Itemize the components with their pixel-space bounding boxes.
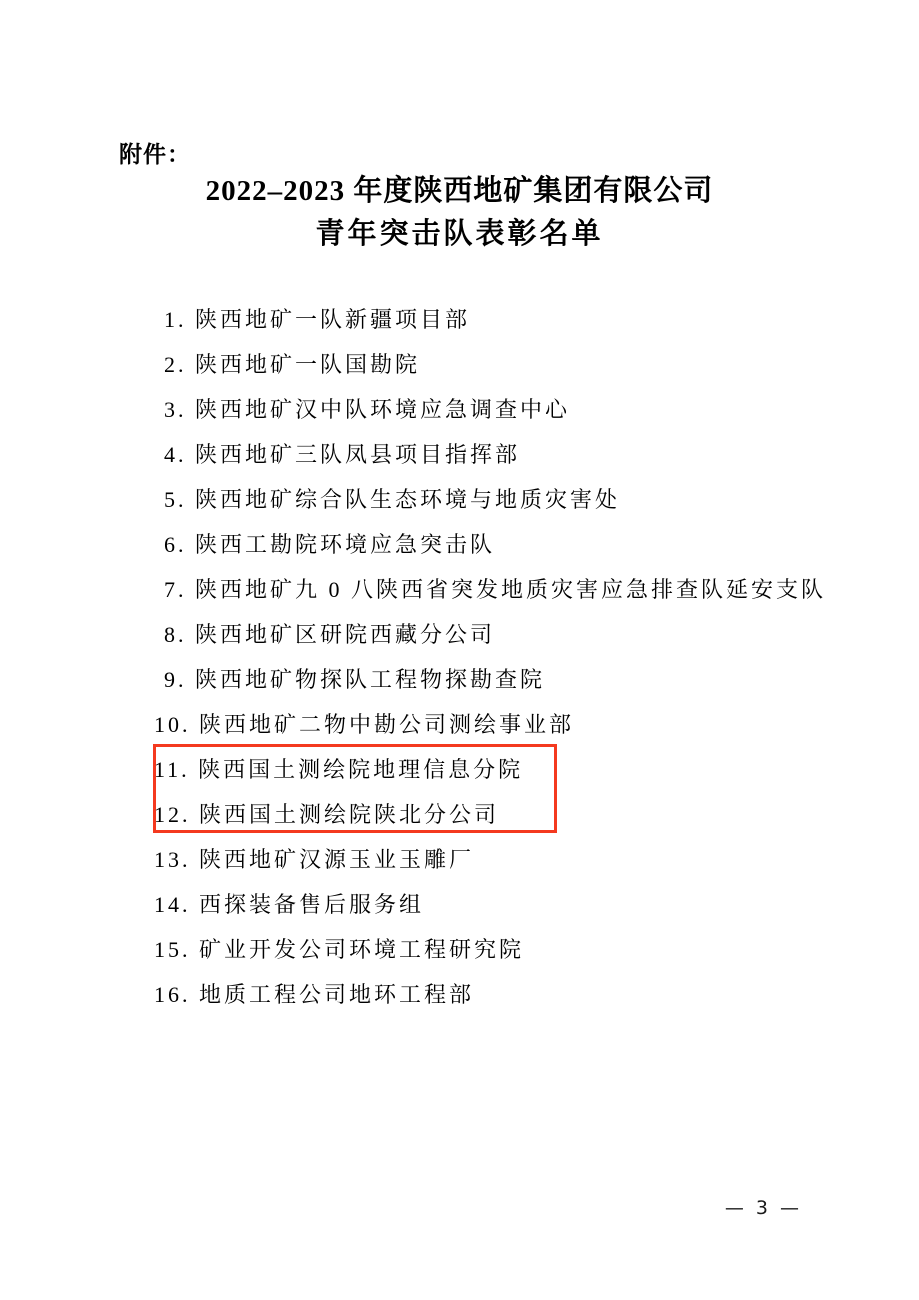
attachment-label: 附件： [119,136,191,169]
list-item: 2. 陕西地矿一队国勘院 [154,342,826,387]
list-item: 10. 陕西地矿二物中勘公司测绘事业部 [154,702,826,747]
list-item: 12. 陕西国土测绘院陕北分公司 [154,792,826,837]
list-item: 4. 陕西地矿三队凤县项目指挥部 [154,432,826,477]
list-item: 11. 陕西国土测绘院地理信息分院 [154,747,826,792]
document-page: 附件： 2022–2023 年度陕西地矿集团有限公司 青年突击队表彰名单 1. … [0,0,919,1300]
list-item: 3. 陕西地矿汉中队环境应急调查中心 [154,387,826,432]
list-item: 7. 陕西地矿九 0 八陕西省突发地质灾害应急排查队延安支队 [154,567,826,612]
list-item: 5. 陕西地矿综合队生态环境与地质灾害处 [154,477,826,522]
list-item: 16. 地质工程公司地环工程部 [154,972,826,1017]
list-item: 8. 陕西地矿区研院西藏分公司 [154,612,826,657]
commendation-list: 1. 陕西地矿一队新疆项目部2. 陕西地矿一队国勘院3. 陕西地矿汉中队环境应急… [154,297,826,1017]
list-item: 14. 西探装备售后服务组 [154,882,826,927]
document-title: 2022–2023 年度陕西地矿集团有限公司 青年突击队表彰名单 [0,170,919,256]
list-item: 13. 陕西地矿汉源玉业玉雕厂 [154,837,826,882]
list-item: 1. 陕西地矿一队新疆项目部 [154,297,826,342]
document-title-line1: 2022–2023 年度陕西地矿集团有限公司 [0,170,919,212]
document-title-line2: 青年突击队表彰名单 [0,212,919,256]
list-item: 6. 陕西工勘院环境应急突击队 [154,522,826,567]
list-item: 9. 陕西地矿物探队工程物探勘查院 [154,657,826,702]
page-number: — 3 — [725,1197,802,1219]
list-item: 15. 矿业开发公司环境工程研究院 [154,927,826,972]
